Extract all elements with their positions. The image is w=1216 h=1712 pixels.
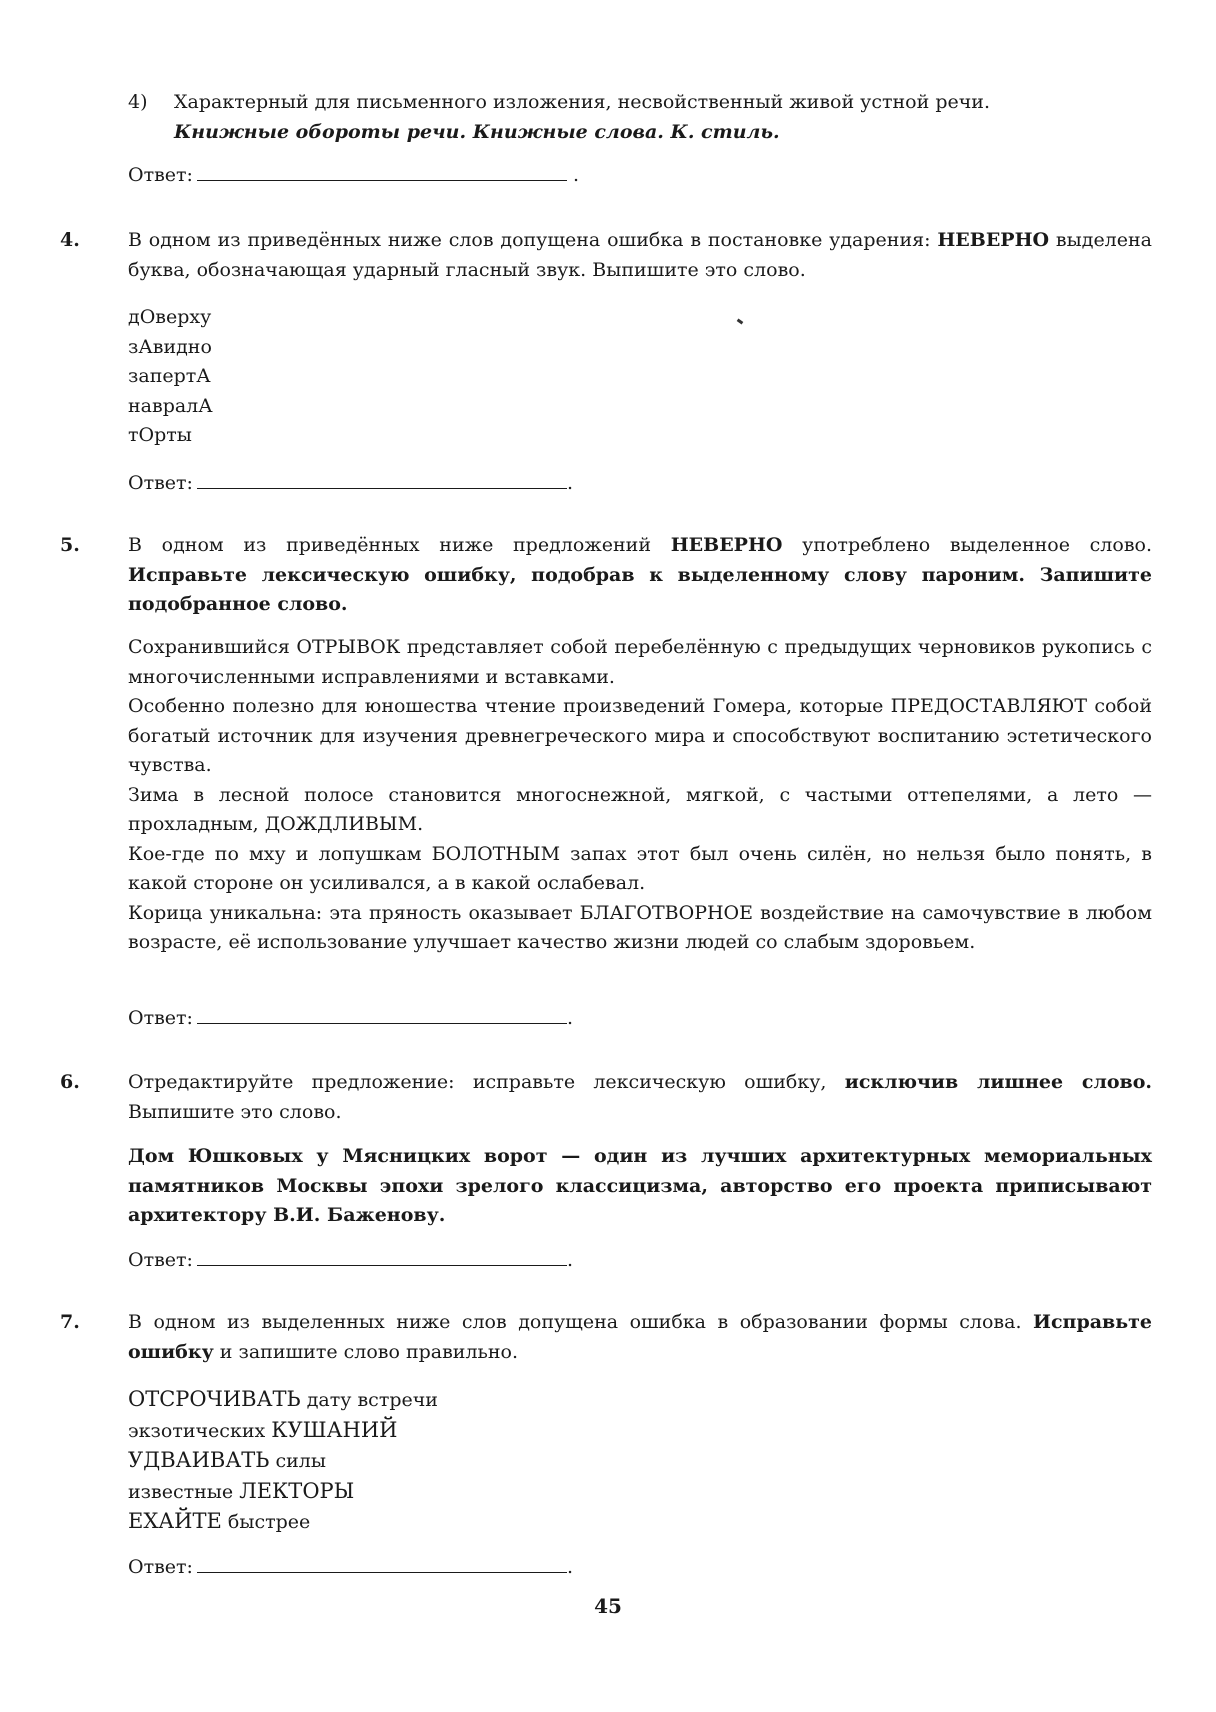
prompt-text: В одном из приведённых ниже предложений [128, 534, 671, 556]
prompt-text: Выпишите это слово. [128, 1101, 342, 1123]
answer-label: Ответ: [128, 1007, 193, 1029]
answer-input[interactable] [197, 160, 567, 181]
prompt-text: В одном из выделенных ниже слов допущена… [128, 1311, 1033, 1333]
prompt-emphasis: исключив лишнее слово. [845, 1071, 1152, 1093]
answer-end: . [567, 1007, 573, 1029]
answer-input[interactable] [197, 1552, 567, 1573]
highlighted-word: ОТСРОЧИВАТЬ [128, 1387, 301, 1411]
phrase-rest: быстрее [222, 1511, 310, 1533]
prompt-text: и запишите слово правильно. [214, 1341, 518, 1363]
phrase-rest: силы [269, 1450, 326, 1472]
answer-input[interactable] [197, 1245, 567, 1266]
list-item: тОрты [128, 421, 1152, 451]
answer-field-task7: Ответ:. [128, 1552, 573, 1582]
sentence: Сохранившийся ОТРЫВОК представляет собой… [128, 633, 1152, 692]
highlighted-word: ЕХАЙТЕ [128, 1509, 222, 1533]
answer-label: Ответ: [128, 1556, 193, 1578]
phrase-rest: известные [128, 1481, 239, 1503]
list-item: УДВАИВАТЬ силы [128, 1446, 1152, 1477]
sentence: Особенно полезно для юношества чтение пр… [128, 692, 1152, 781]
task4-word-list: дОверху зАвидно запертА навралА тОрты [128, 303, 1152, 451]
task-number: 4. [60, 226, 80, 256]
task5-sentences: Сохранившийся ОТРЫВОК представляет собой… [128, 633, 1152, 958]
document-page: 4) Характерный для письменного изложения… [0, 0, 1216, 1712]
task4-prompt: В одном из приведённых ниже слов допущен… [128, 226, 1152, 285]
item-italic-note: Книжные обороты речи. Книжные слова. К. … [174, 121, 780, 143]
list-item: ЕХАЙТЕ быстрее [128, 1507, 1152, 1538]
page-number: 45 [0, 1594, 1216, 1618]
answer-end: . [567, 1249, 573, 1271]
task7-phrase-list: ОТСРОЧИВАТЬ дату встречи экзотических КУ… [128, 1385, 1152, 1538]
prompt-instruction: Исправьте лексическую ошибку, подобрав к… [128, 564, 1152, 616]
answer-label: Ответ: [128, 1249, 193, 1271]
task5-prompt: В одном из приведённых ниже предложений … [128, 531, 1152, 620]
prompt-text: Отредактируйте предложение: исправьте ле… [128, 1071, 845, 1093]
answer-end: . [573, 164, 579, 186]
answer-field-task4: Ответ:. [128, 468, 573, 498]
prompt-text: употреблено выделенное слово. [782, 534, 1152, 556]
answer-end: . [567, 1556, 573, 1578]
list-item: экзотических КУШАНИЙ [128, 1416, 1152, 1447]
task7-prompt: В одном из выделенных ниже слов допущена… [128, 1308, 1152, 1367]
answer-end: . [567, 472, 573, 494]
list-item: зАвидно [128, 333, 1152, 363]
list-item: известные ЛЕКТОРЫ [128, 1477, 1152, 1508]
highlighted-word: УДВАИВАТЬ [128, 1448, 269, 1472]
answer-field-item-prev: Ответ: . [128, 160, 579, 190]
task-number: 5. [60, 531, 80, 561]
sentence: Кое-где по мху и лопушкам БОЛОТНЫМ запах… [128, 840, 1152, 899]
task6-prompt: Отредактируйте предложение: исправьте ле… [128, 1068, 1152, 1127]
list-item: навралА [128, 392, 1152, 422]
sentence: Зима в лесной полосе становится многосне… [128, 781, 1152, 840]
highlighted-word: КУШАНИЙ [271, 1418, 397, 1442]
task-number: 7. [60, 1308, 80, 1338]
prompt-text: В одном из приведённых ниже слов допущен… [128, 229, 937, 251]
highlighted-word: ЛЕКТОРЫ [239, 1479, 354, 1503]
prompt-emphasis: НЕВЕРНО [937, 229, 1049, 251]
answer-label: Ответ: [128, 164, 193, 186]
phrase-rest: дату встречи [301, 1389, 438, 1411]
prompt-emphasis: НЕВЕРНО [671, 534, 783, 556]
answer-field-task6: Ответ:. [128, 1245, 573, 1275]
list-item: ОТСРОЧИВАТЬ дату встречи [128, 1385, 1152, 1416]
task6-sentence: Дом Юшковых у Мясницких ворот — один из … [128, 1142, 1152, 1231]
answer-input[interactable] [197, 1003, 567, 1024]
list-item: дОверху [128, 303, 1152, 333]
answer-input[interactable] [197, 468, 567, 489]
item-marker: 4) [128, 88, 148, 118]
list-item: запертА [128, 362, 1152, 392]
item-description: Характерный для письменного изложения, н… [174, 91, 990, 113]
phrase-rest: экзотических [128, 1420, 271, 1442]
sentence: Дом Юшковых у Мясницких ворот — один из … [128, 1145, 1152, 1226]
answer-field-task5: Ответ:. [128, 1003, 573, 1033]
answer-label: Ответ: [128, 472, 193, 494]
task-number: 6. [60, 1068, 80, 1098]
sentence: Корица уникальна: эта пряность оказывает… [128, 899, 1152, 958]
item-text: Характерный для письменного изложения, н… [174, 88, 1152, 147]
